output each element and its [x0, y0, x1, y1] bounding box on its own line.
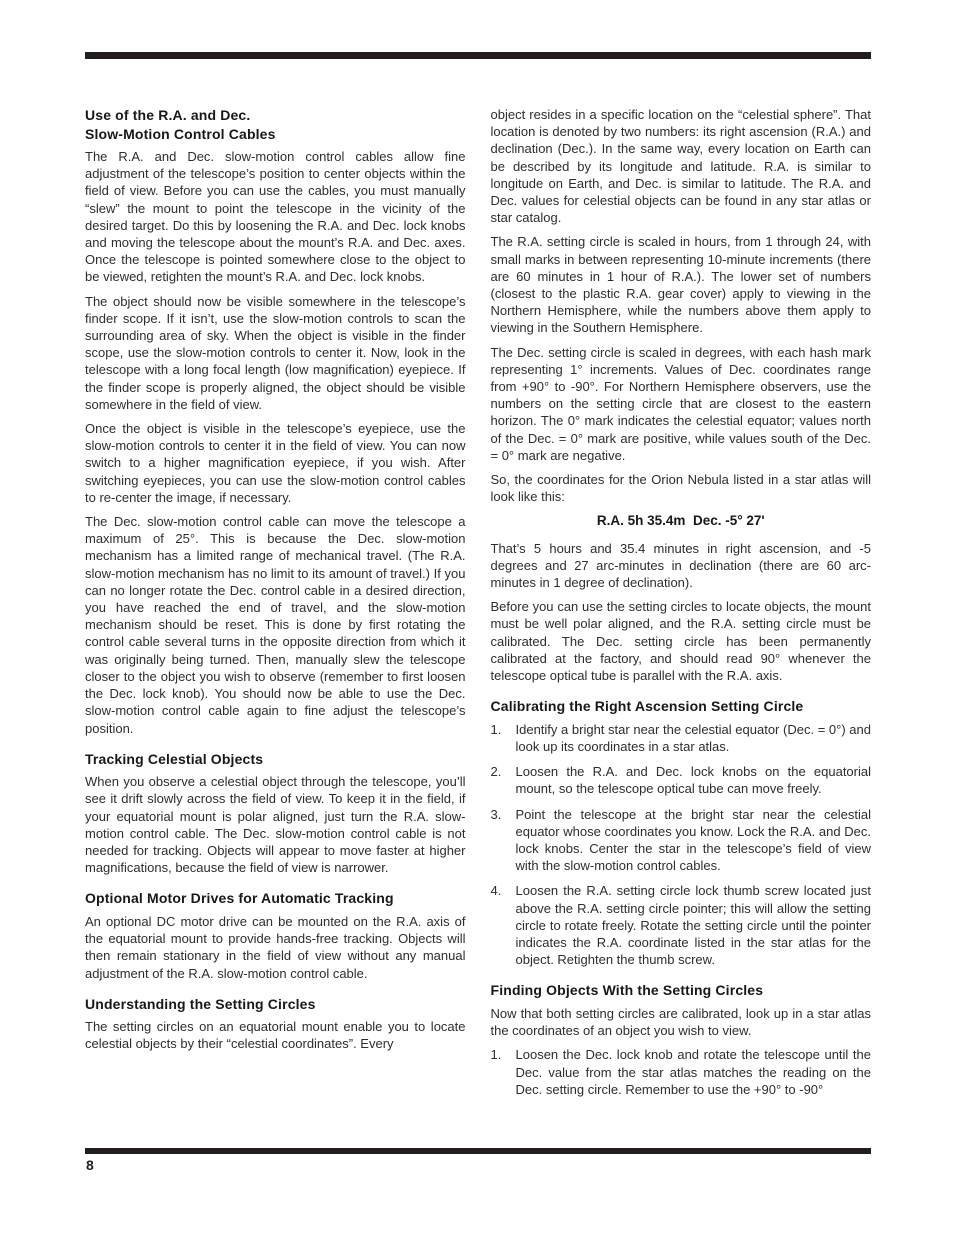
- heading-line: Calibrating the Right Ascension Setting …: [491, 698, 804, 714]
- list-item-number: 1.: [491, 721, 516, 755]
- list-item-number: 3.: [491, 806, 516, 875]
- list-item-number: 1.: [491, 1046, 516, 1098]
- paragraph: The R.A. and Dec. slow-motion control ca…: [85, 148, 466, 286]
- paragraph: Once the object is visible in the telesc…: [85, 420, 466, 506]
- section-heading: Finding Objects With the Setting Circles: [491, 981, 872, 1000]
- heading-line: Slow-Motion Control Cables: [85, 126, 276, 142]
- bottom-rule: [85, 1148, 871, 1154]
- heading-line: Tracking Celestial Objects: [85, 751, 263, 767]
- paragraph: Before you can use the setting circles t…: [491, 598, 872, 684]
- list-item-text: Point the telescope at the bright star n…: [516, 806, 872, 875]
- paragraph: So, the coordinates for the Orion Nebula…: [491, 471, 872, 505]
- paragraph: An optional DC motor drive can be mounte…: [85, 913, 466, 982]
- paragraph: Now that both setting circles are calibr…: [491, 1005, 872, 1039]
- coordinates-example: R.A. 5h 35.4m Dec. -5° 27': [491, 512, 872, 529]
- heading-line: Use of the R.A. and Dec.: [85, 107, 250, 123]
- heading-line: Understanding the Setting Circles: [85, 996, 316, 1012]
- list-item: 2. Loosen the R.A. and Dec. lock knobs o…: [491, 763, 872, 797]
- heading-line: Finding Objects With the Setting Circles: [491, 982, 764, 998]
- section-heading: Understanding the Setting Circles: [85, 995, 466, 1014]
- list-item: 1. Identify a bright star near the celes…: [491, 721, 872, 755]
- section-heading: Use of the R.A. and Dec. Slow-Motion Con…: [85, 106, 466, 143]
- right-column: object resides in a specific location on…: [491, 106, 872, 1106]
- section-heading: Optional Motor Drives for Automatic Trac…: [85, 889, 466, 908]
- paragraph: The R.A. setting circle is scaled in hou…: [491, 233, 872, 336]
- section-heading: Tracking Celestial Objects: [85, 750, 466, 769]
- paragraph: The Dec. setting circle is scaled in deg…: [491, 344, 872, 464]
- paragraph: When you observe a celestial object thro…: [85, 773, 466, 876]
- paragraph: The Dec. slow-motion control cable can m…: [85, 513, 466, 737]
- list-item: 4. Loosen the R.A. setting circle lock t…: [491, 882, 872, 968]
- list-item-number: 4.: [491, 882, 516, 968]
- list-item-number: 2.: [491, 763, 516, 797]
- heading-line: Optional Motor Drives for Automatic Trac…: [85, 890, 394, 906]
- list-item-text: Loosen the R.A. setting circle lock thum…: [516, 882, 872, 968]
- list-item: 3. Point the telescope at the bright sta…: [491, 806, 872, 875]
- paragraph: object resides in a specific location on…: [491, 106, 872, 226]
- left-column: Use of the R.A. and Dec. Slow-Motion Con…: [85, 106, 466, 1106]
- paragraph: The object should now be visible somewhe…: [85, 293, 466, 413]
- list-item: 1. Loosen the Dec. lock knob and rotate …: [491, 1046, 872, 1098]
- page-number: 8: [86, 1157, 94, 1173]
- list-item-text: Identify a bright star near the celestia…: [516, 721, 872, 755]
- list-item-text: Loosen the R.A. and Dec. lock knobs on t…: [516, 763, 872, 797]
- list-item-text: Loosen the Dec. lock knob and rotate the…: [516, 1046, 872, 1098]
- paragraph: That’s 5 hours and 35.4 minutes in right…: [491, 540, 872, 592]
- section-heading: Calibrating the Right Ascension Setting …: [491, 697, 872, 716]
- top-rule: [85, 52, 871, 59]
- paragraph: The setting circles on an equatorial mou…: [85, 1018, 466, 1052]
- page-columns: Use of the R.A. and Dec. Slow-Motion Con…: [85, 106, 871, 1106]
